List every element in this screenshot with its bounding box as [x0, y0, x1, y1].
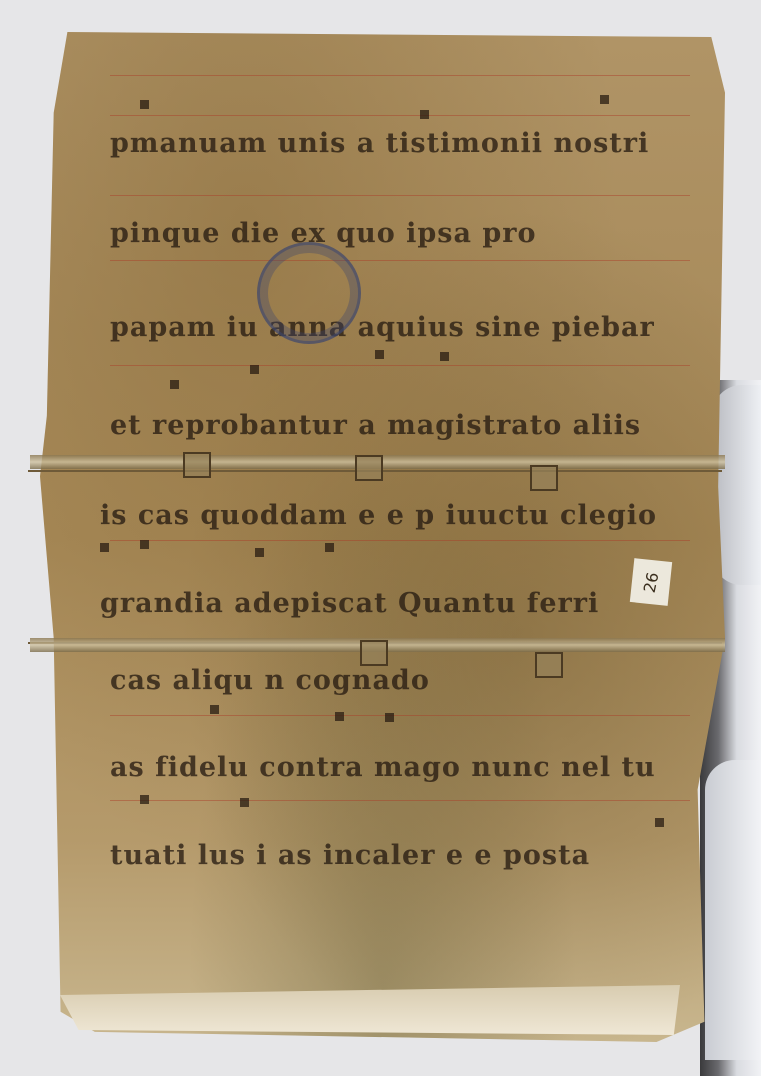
neume	[240, 798, 249, 807]
manuscript-text-line: papam iu anna aquius sine piebar	[110, 312, 655, 343]
white-glove-lower	[705, 760, 761, 1060]
neume	[375, 350, 384, 359]
thread-tie-icon	[535, 652, 563, 678]
neume	[255, 548, 264, 557]
thread-tie-icon	[530, 465, 558, 491]
shelf-number: 26	[640, 570, 663, 594]
neume	[600, 95, 609, 104]
staff-line	[110, 75, 690, 76]
thread-tie-icon	[183, 452, 211, 478]
library-stamp	[257, 242, 361, 344]
neume	[440, 352, 449, 361]
neume	[420, 110, 429, 119]
neume	[325, 543, 334, 552]
neume	[140, 795, 149, 804]
neume	[385, 713, 394, 722]
staff-line	[110, 800, 690, 801]
manuscript-text-line: grandia adepiscat Quantu ferri	[100, 588, 599, 619]
staff-line	[110, 115, 690, 116]
manuscript-text-line: pmanuam unis a tistimonii nostri	[110, 128, 649, 159]
neume	[210, 705, 219, 714]
neume	[655, 818, 664, 827]
manuscript-text-line: tuati lus i as incaler e e posta	[110, 840, 590, 871]
staff-line	[110, 540, 690, 541]
manuscript-text-line: as fidelu contra mago nunc nel tu	[110, 752, 656, 783]
neume	[335, 712, 344, 721]
neume	[140, 540, 149, 549]
shelf-number-label: 26	[630, 558, 672, 606]
neume	[140, 100, 149, 109]
neume	[170, 380, 179, 389]
manuscript-text-line: cas aliqu n cognado	[110, 665, 430, 696]
neume	[100, 543, 109, 552]
thread-tie-icon	[355, 455, 383, 481]
staff-line	[110, 195, 690, 196]
neume	[250, 365, 259, 374]
manuscript-text-line: et reprobantur a magistrato aliis	[110, 410, 641, 441]
thread-tie-icon	[360, 640, 388, 666]
manuscript-text-line: is cas quoddam e e p iuuctu clegio	[100, 500, 657, 531]
staff-line	[110, 260, 690, 261]
staff-line	[110, 365, 690, 366]
staff-line	[110, 715, 690, 716]
